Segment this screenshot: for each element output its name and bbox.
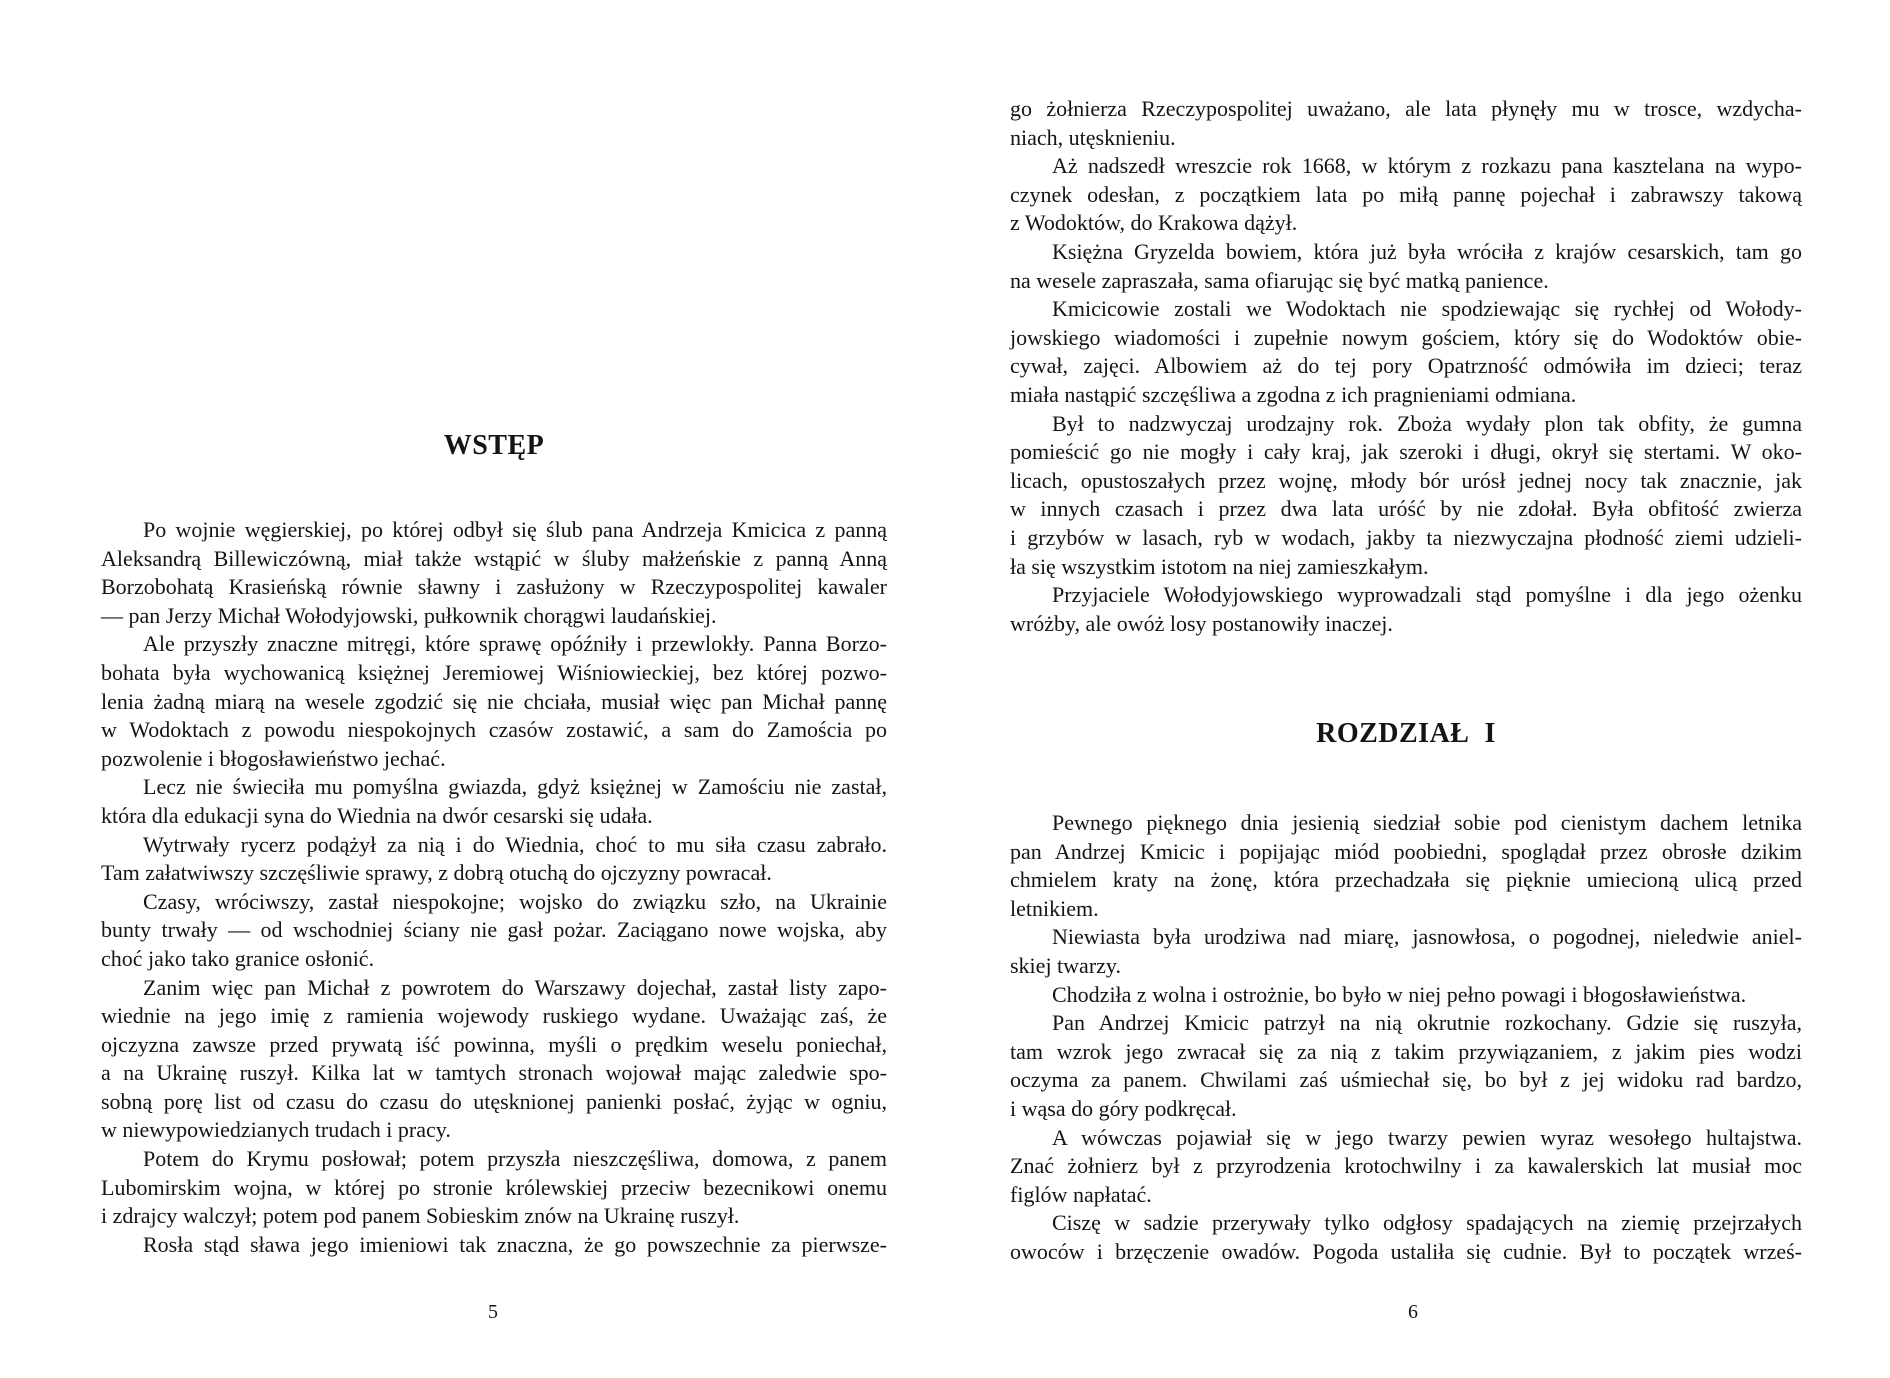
right-page-body-after-chapter: Pewnego pięknego dnia jesienią siedział … bbox=[1010, 809, 1802, 1267]
paragraph: Ciszę w sadzie przerywały tylko odgłosy … bbox=[1010, 1209, 1802, 1266]
paragraph: Lecz nie świeciła mu pomyślna gwiazda, g… bbox=[101, 773, 887, 830]
text-line: z Wodoktów, do Krakowa dążył. bbox=[1010, 209, 1802, 238]
text-line: bohata była wychowanicą księżnej Jeremio… bbox=[101, 659, 887, 688]
text-line: ojczyzna zawsze przed prywatą iść powinn… bbox=[101, 1031, 887, 1060]
text-line: Borzobohatą Krasieńską równie sławny i z… bbox=[101, 573, 887, 602]
left-page: WSTĘP Po wojnie węgierskiej, po której o… bbox=[101, 0, 887, 1378]
paragraph: Czasy, wróciwszy, zastał niespokojne; wo… bbox=[101, 888, 887, 974]
paragraph: Potem do Krymu posłował; potem przyszła … bbox=[101, 1145, 887, 1231]
paragraph: Po wojnie węgierskiej, po której odbył s… bbox=[101, 516, 887, 630]
paragraph: Zanim więc pan Michał z powrotem do Wars… bbox=[101, 974, 887, 1146]
paragraph: Był to nadzwyczaj urodzajny rok. Zboża w… bbox=[1010, 410, 1802, 582]
text-line: w innych czasach i przez dwa lata uróść … bbox=[1010, 495, 1802, 524]
text-line: Znać żołnierz był z przyrodzenia krotoch… bbox=[1010, 1152, 1802, 1181]
text-line: wiednie na jego imię z ramienia wojewody… bbox=[101, 1002, 887, 1031]
text-line: chmielem kraty na żonę, która przechadza… bbox=[1010, 866, 1802, 895]
text-line: licach, opustoszałych przez wojnę, młody… bbox=[1010, 467, 1802, 496]
text-line: Był to nadzwyczaj urodzajny rok. Zboża w… bbox=[1010, 410, 1802, 439]
page-number-right: 6 bbox=[1408, 1302, 1418, 1322]
text-line: oczyma za panem. Chwilami zaś uśmiechał … bbox=[1010, 1066, 1802, 1095]
text-line: i grzybów w lasach, ryb w wodach, jakby … bbox=[1010, 524, 1802, 553]
paragraph: Chodziła z wolna i ostrożnie, bo było w … bbox=[1010, 981, 1802, 1010]
text-line: Ale przyszły znaczne mitręgi, które spra… bbox=[101, 630, 887, 659]
left-page-body: Po wojnie węgierskiej, po której odbył s… bbox=[101, 516, 887, 1259]
text-line: Chodziła z wolna i ostrożnie, bo było w … bbox=[1010, 981, 1802, 1010]
text-line: pozwolenie i błogosławieństwo jechać. bbox=[101, 745, 887, 774]
text-line: która dla edukacji syna do Wiednia na dw… bbox=[101, 802, 887, 831]
section-heading-wstep: WSTĘP bbox=[101, 432, 887, 460]
paragraph: Przyjaciele Wołodyjowskiego wyprowadzali… bbox=[1010, 581, 1802, 638]
text-line: Rosła stąd sława jego imieniowi tak znac… bbox=[101, 1231, 887, 1260]
paragraph: Ale przyszły znaczne mitręgi, które spra… bbox=[101, 630, 887, 773]
text-line: figlów napłatać. bbox=[1010, 1181, 1802, 1210]
text-line: i zdrajcy walczył; potem pod panem Sobie… bbox=[101, 1202, 887, 1231]
text-line: miała nastąpić szczęśliwa a zgodna z ich… bbox=[1010, 381, 1802, 410]
right-page-continuation: go żołnierza Rzeczypospolitej uważano, a… bbox=[1010, 95, 1802, 152]
paragraph: Pan Andrzej Kmicic patrzył na nią okrutn… bbox=[1010, 1009, 1802, 1123]
text-line: tam wzrok jego zwracał się za nią z taki… bbox=[1010, 1038, 1802, 1067]
text-line: a na Ukrainę ruszył. Kilka lat w tamtych… bbox=[101, 1059, 887, 1088]
text-line: Księżna Gryzelda bowiem, która już była … bbox=[1010, 238, 1802, 267]
text-line: Niewiasta była urodziwa nad miarę, jasno… bbox=[1010, 923, 1802, 952]
text-line: Kmicicowie zostali we Wodoktach nie spod… bbox=[1010, 295, 1802, 324]
paragraph: go żołnierza Rzeczypospolitej uważano, a… bbox=[1010, 95, 1802, 152]
paragraph: Aż nadszedł wreszcie rok 1668, w którym … bbox=[1010, 152, 1802, 238]
text-line: pomieścić go nie mogły i cały kraj, jak … bbox=[1010, 438, 1802, 467]
text-line: owoców i brzęczenie owadów. Pogoda ustal… bbox=[1010, 1238, 1802, 1267]
text-line: Pewnego pięknego dnia jesienią siedział … bbox=[1010, 809, 1802, 838]
text-line: niach, utęsknieniu. bbox=[1010, 124, 1802, 153]
text-line: w Wodoktach z powodu niespokojnych czasó… bbox=[101, 716, 887, 745]
text-line: jowskiego wiadomości i zupełnie nowym go… bbox=[1010, 324, 1802, 353]
text-line: Przyjaciele Wołodyjowskiego wyprowadzali… bbox=[1010, 581, 1802, 610]
text-line: go żołnierza Rzeczypospolitej uważano, a… bbox=[1010, 95, 1802, 124]
text-line: Ciszę w sadzie przerywały tylko odgłosy … bbox=[1010, 1209, 1802, 1238]
paragraph: Niewiasta była urodziwa nad miarę, jasno… bbox=[1010, 923, 1802, 980]
text-line: Po wojnie węgierskiej, po której odbył s… bbox=[101, 516, 887, 545]
text-line: i wąsa do góry podkręcał. bbox=[1010, 1095, 1802, 1124]
paragraph: Księżna Gryzelda bowiem, która już była … bbox=[1010, 238, 1802, 295]
text-line: cywał, zajęci. Albowiem aż do tej pory O… bbox=[1010, 352, 1802, 381]
text-line: choć jako tako granice osłonić. bbox=[101, 945, 887, 974]
text-line: w niewypowiedzianych trudach i pracy. bbox=[101, 1116, 887, 1145]
text-line: skiej twarzy. bbox=[1010, 952, 1802, 981]
text-line: Potem do Krymu posłował; potem przyszła … bbox=[101, 1145, 887, 1174]
text-line: Wytrwały rycerz podążył za nią i do Wied… bbox=[101, 831, 887, 860]
chapter-heading: ROZDZIAŁ I bbox=[1010, 720, 1802, 748]
text-line: wróżby, ale owóż losy postanowiły inacze… bbox=[1010, 610, 1802, 639]
text-line: Tam załatwiwszy szczęśliwie sprawy, z do… bbox=[101, 859, 887, 888]
paragraph: Rosła stąd sława jego imieniowi tak znac… bbox=[101, 1231, 887, 1260]
text-line: na wesele zapraszała, sama ofiarując się… bbox=[1010, 267, 1802, 296]
text-line: Aleksandrą Billewiczówną, miał także wst… bbox=[101, 545, 887, 574]
text-line: sobną porę list od czasu do czasu do utę… bbox=[101, 1088, 887, 1117]
text-line: ła się wszystkim istotom na niej zamiesz… bbox=[1010, 553, 1802, 582]
paragraph: A wówczas pojawiał się w jego twarzy pew… bbox=[1010, 1124, 1802, 1210]
text-line: Lubomirskim wojna, w której po stronie k… bbox=[101, 1174, 887, 1203]
text-line: czynek odesłan, z początkiem lata po mił… bbox=[1010, 181, 1802, 210]
right-page: go żołnierza Rzeczypospolitej uważano, a… bbox=[1010, 0, 1802, 1378]
paragraph: Wytrwały rycerz podążył za nią i do Wied… bbox=[101, 831, 887, 888]
text-line: Aż nadszedł wreszcie rok 1668, w którym … bbox=[1010, 152, 1802, 181]
right-page-body-before-chapter: Aż nadszedł wreszcie rok 1668, w którym … bbox=[1010, 152, 1802, 638]
text-line: — pan Jerzy Michał Wołodyjowski, pułkown… bbox=[101, 602, 887, 631]
text-line: lenia żadną miarą na wesele zgodzić się … bbox=[101, 688, 887, 717]
paragraph: Pewnego pięknego dnia jesienią siedział … bbox=[1010, 809, 1802, 923]
text-line: Zanim więc pan Michał z powrotem do Wars… bbox=[101, 974, 887, 1003]
text-line: Pan Andrzej Kmicic patrzył na nią okrutn… bbox=[1010, 1009, 1802, 1038]
text-line: Czasy, wróciwszy, zastał niespokojne; wo… bbox=[101, 888, 887, 917]
page-number-left: 5 bbox=[488, 1302, 498, 1322]
paragraph: Kmicicowie zostali we Wodoktach nie spod… bbox=[1010, 295, 1802, 409]
text-line: letnikiem. bbox=[1010, 895, 1802, 924]
text-line: pan Andrzej Kmicic i popijając miód poob… bbox=[1010, 838, 1802, 867]
text-line: A wówczas pojawiał się w jego twarzy pew… bbox=[1010, 1124, 1802, 1153]
text-line: bunty trwały — od wschodniej ściany nie … bbox=[101, 916, 887, 945]
text-line: Lecz nie świeciła mu pomyślna gwiazda, g… bbox=[101, 773, 887, 802]
